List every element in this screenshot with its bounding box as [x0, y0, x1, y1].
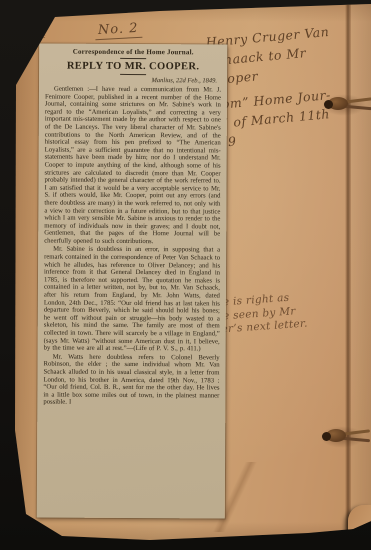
clipping-body: Gentlemen :—I have read a communication … [43, 86, 221, 408]
divider-rule [120, 58, 146, 59]
annotation-top-right: Henry Cruger Van Schaack to Mr Cooper “F… [205, 20, 365, 153]
article-paragraph: Gentlemen :—I have read a communication … [44, 86, 221, 246]
binding-crease [345, 0, 351, 550]
article-paragraph: Mr. Watts here doubtless refers to Colon… [43, 353, 219, 407]
folio-number: 4 [38, 28, 47, 42]
twine-knot-hole [324, 100, 333, 109]
adjacent-page-corner [348, 505, 371, 543]
clipping-dateline: Manlius, 22d Feb., 1849. [45, 77, 221, 85]
binding-tie-top [318, 88, 371, 122]
item-number: No. 2 [95, 21, 142, 40]
annotation-line: Henry Cruger Van [205, 20, 356, 52]
article-paragraph: Mr. Sabine is doubtless in an error, in … [44, 246, 221, 353]
binding-tie-bottom [316, 420, 370, 454]
divider-rule [120, 74, 146, 75]
scrapbook-photo: 4 No. 2 Henry Cruger Van Schaack to Mr C… [0, 0, 371, 550]
clipping-kicker: Correspondence of the Home Journal. [45, 48, 221, 57]
newspaper-clipping: Correspondence of the Home Journal. REPL… [37, 44, 227, 519]
twine-knot-hole [322, 432, 331, 441]
clipping-headline: REPLY TO MR. COOPER. [45, 61, 221, 73]
annotation-line: Schaack to Mr [207, 39, 358, 71]
annotation-line: Cooper [208, 58, 359, 90]
scrapbook-page: 4 No. 2 Henry Cruger Van Schaack to Mr C… [0, 0, 371, 550]
